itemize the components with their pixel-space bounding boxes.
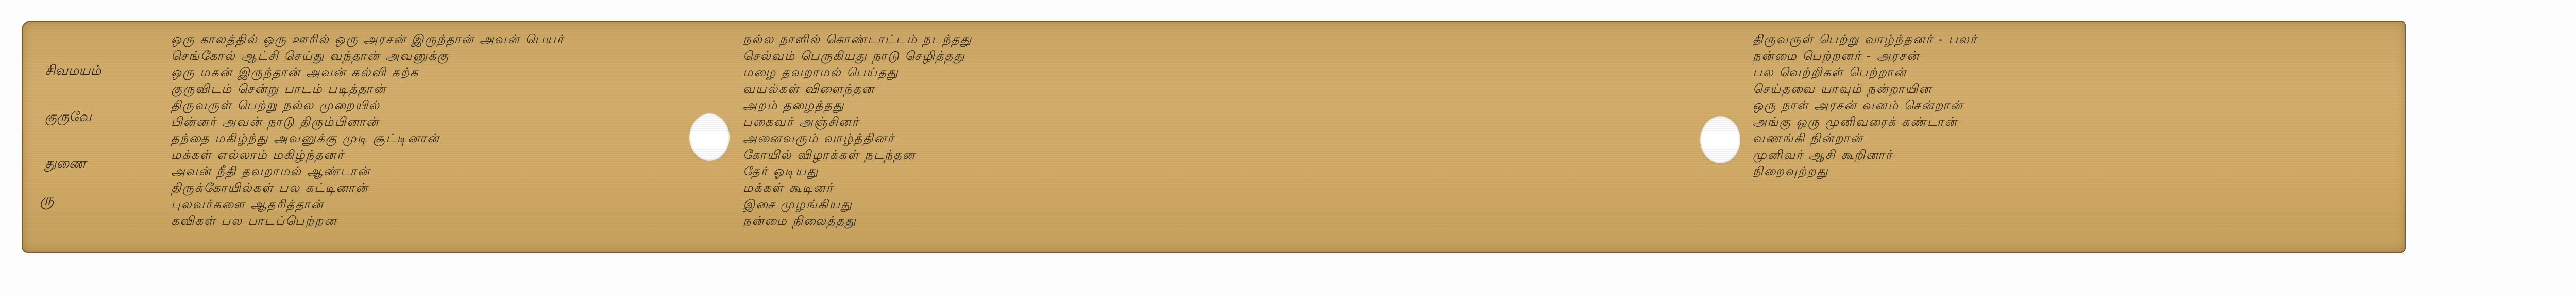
text-line: மக்கள் எல்லாம் மகிழ்ந்தனர் [171,146,691,163]
text-line: தேர் ஓடியது [743,163,1696,179]
leaf-number-mark: ரு [40,191,54,211]
text-line: தந்தை மகிழ்ந்து அவனுக்கு முடி சூட்டினான் [171,130,691,146]
text-line: செல்வம் பெருகியது நாடு செழித்தது [743,47,1696,64]
text-column-right: திருவருள் பெற்று வாழ்ந்தனர் - பலர் நன்மை… [1753,31,2392,179]
text-line: வணங்கி நின்றான் [1753,130,2392,146]
text-line: முனிவர் ஆசி கூறினார் [1753,146,2392,163]
text-line: கோயில் விழாக்கள் நடந்தன [743,146,1696,163]
text-line: அனைவரும் வாழ்த்தினர் [743,130,1696,146]
string-hole-left [689,113,730,161]
text-line: இசை முழங்கியது [743,196,1696,212]
text-line: குருவிடம் சென்று பாடம் படித்தான் [171,80,691,97]
text-line: அறம் தழைத்தது [743,97,1696,113]
string-hole-right [1700,116,1740,163]
margin-note-line: துணை [45,156,101,171]
margin-note: சிவமயம் குருவே துணை [45,32,101,202]
text-line: செய்தவை யாவும் நன்றாயின [1753,80,2392,97]
text-line: திருக்கோயில்கள் பல கட்டினான் [171,179,691,196]
text-line: புலவர்களை ஆதரித்தான் [171,196,691,212]
text-line: ஒரு மகன் இருந்தான் அவன் கல்வி கற்க [171,64,691,80]
text-line: மக்கள் கூடினர் [743,179,1696,196]
text-line: திருவருள் பெற்று நல்ல முறையில் [171,97,691,113]
text-line: நல்ல நாளில் கொண்டாட்டம் நடந்தது [743,31,1696,47]
text-line: நன்மை நிலைத்தது [743,212,1696,229]
palm-leaf: சிவமயம் குருவே துணை ரு ஒரு காலத்தில் ஒரு… [22,21,2406,253]
text-line: நன்மை பெற்றனர் - அரசன் [1753,47,2392,64]
text-line: பின்னர் அவன் நாடு திரும்பினான் [171,113,691,130]
text-line: ஒரு நாள் அரசன் வனம் சென்றான் [1753,97,2392,113]
text-line: மழை தவறாமல் பெய்தது [743,64,1696,80]
margin-note-line: குருவே [45,109,101,125]
text-line: திருவருள் பெற்று வாழ்ந்தனர் - பலர் [1753,31,2392,47]
text-column-middle: நல்ல நாளில் கொண்டாட்டம் நடந்தது செல்வம் … [743,31,1696,229]
text-line: அவன் நீதி தவறாமல் ஆண்டான் [171,163,691,179]
text-line: அங்கு ஒரு முனிவரைக் கண்டான் [1753,113,2392,130]
text-line: பல வெற்றிகள் பெற்றான் [1753,64,2392,80]
text-line: செங்கோல் ஆட்சி செய்து வந்தான் அவனுக்கு [171,47,691,64]
text-line: ஒரு காலத்தில் ஒரு ஊரில் ஒரு அரசன் இருந்த… [171,31,691,47]
text-column-left: ஒரு காலத்தில் ஒரு ஊரில் ஒரு அரசன் இருந்த… [171,31,691,229]
text-line: கவிகள் பல பாடப்பெற்றன [171,212,691,229]
text-line: நிறைவுற்றது [1753,163,2392,179]
text-line: வயல்கள் விளைந்தன [743,80,1696,97]
margin-note-line: சிவமயம் [45,63,101,78]
text-line: பகைவர் அஞ்சினர் [743,113,1696,130]
